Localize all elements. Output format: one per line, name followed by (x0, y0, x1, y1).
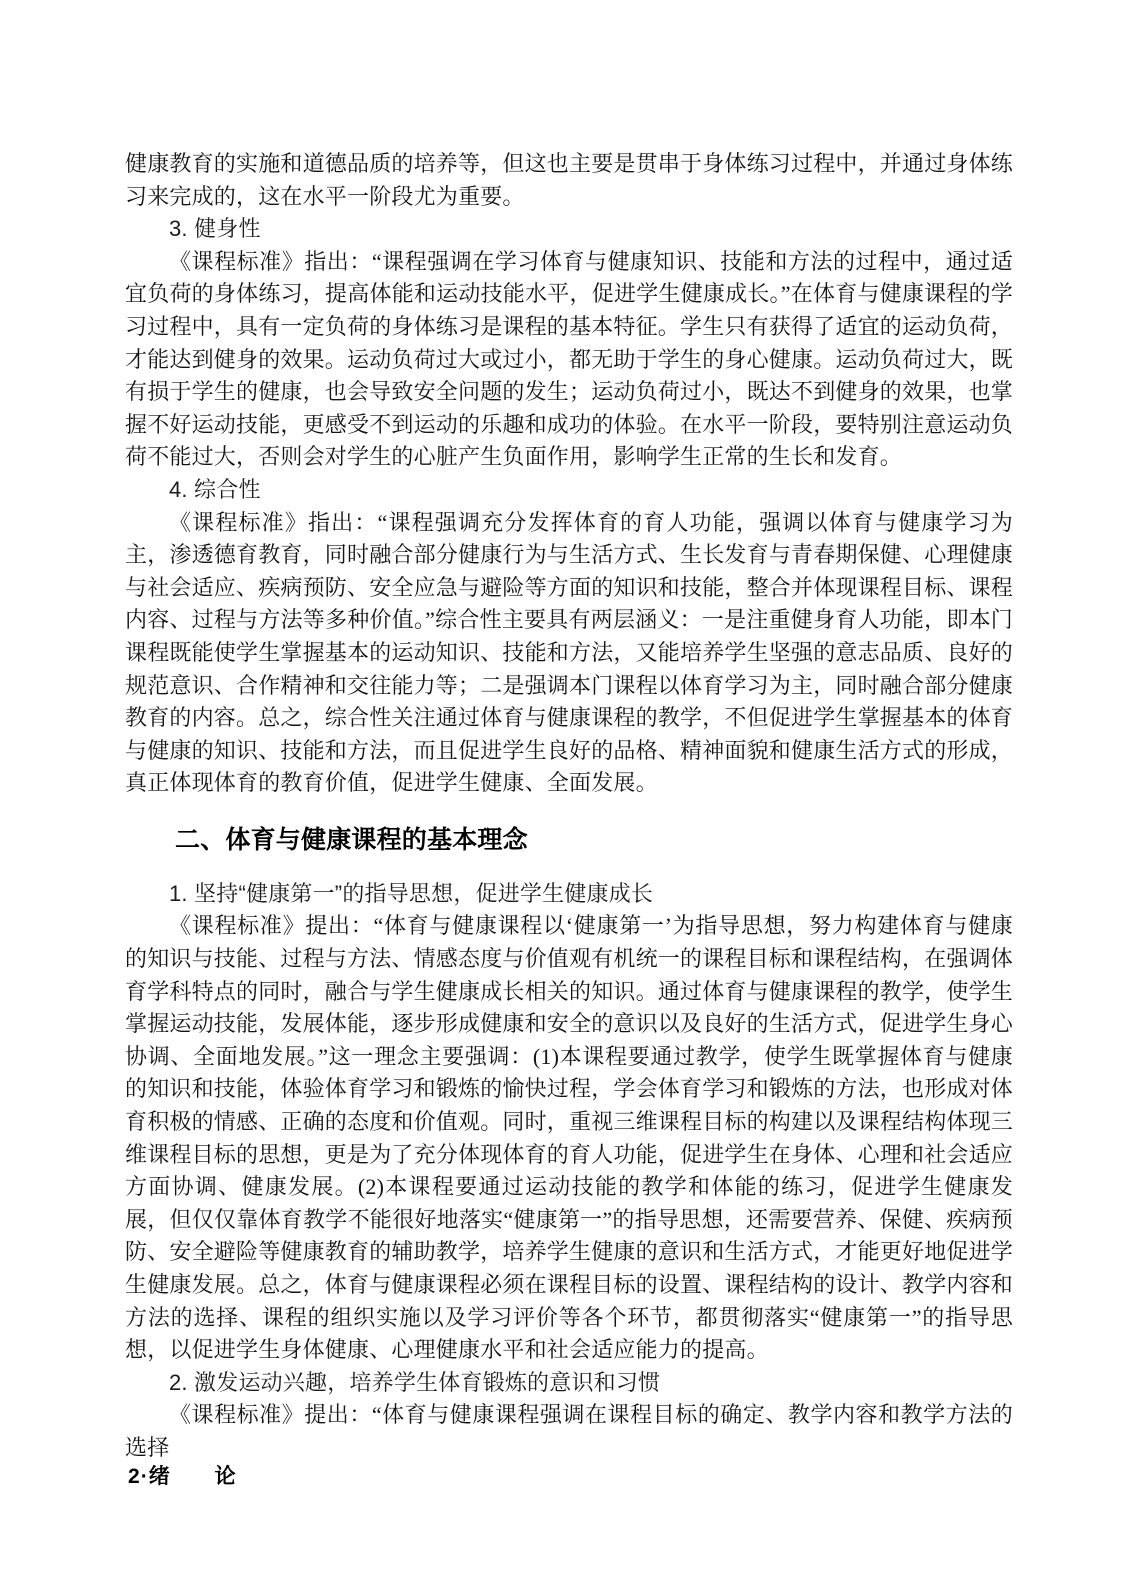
book-page: 健康教育的实施和道德品质的培养等，但这也主要是贯串于身体练习过程中，并通过身体练… (0, 0, 1134, 1571)
body-paragraph: 《课程标准》提出：“体育与健康课程以‘健康第一’为指导思想，努力构建体育与健康的… (125, 910, 1013, 1366)
body-paragraph: 《课程标准》提出：“体育与健康课程强调在课程目标的确定、教学内容和教学方法的选择 (125, 1399, 1013, 1464)
footer-section-title: 绪 论 (149, 1465, 237, 1488)
section-heading: 二、体育与健康课程的基本理念 (125, 822, 1013, 858)
page-footer: 2·绪 论 (128, 1460, 237, 1490)
footer-separator: · (141, 1465, 149, 1488)
item-heading-4: 4. 综合性 (125, 474, 1013, 507)
item-heading-3: 3. 健身性 (125, 213, 1013, 246)
page-number: 2 (128, 1465, 141, 1488)
body-paragraph: 《课程标准》指出：“课程强调充分发挥体育的育人功能，强调以体育与健康学习为主，渗… (125, 507, 1013, 800)
body-paragraph: 《课程标准》指出：“课程强调在学习体育与健康知识、技能和方法的过程中，通过适宜负… (125, 246, 1013, 474)
item-heading-1: 1. 坚持“健康第一”的指导思想，促进学生健康成长 (125, 878, 1013, 911)
body-paragraph-continuation: 健康教育的实施和道德品质的培养等，但这也主要是贯串于身体练习过程中，并通过身体练… (125, 148, 1013, 213)
item-heading-2: 2. 激发运动兴趣，培养学生体育锻炼的意识和习惯 (125, 1367, 1013, 1400)
page-content: 健康教育的实施和道德品质的培养等，但这也主要是贯串于身体练习过程中，并通过身体练… (125, 148, 1013, 1465)
